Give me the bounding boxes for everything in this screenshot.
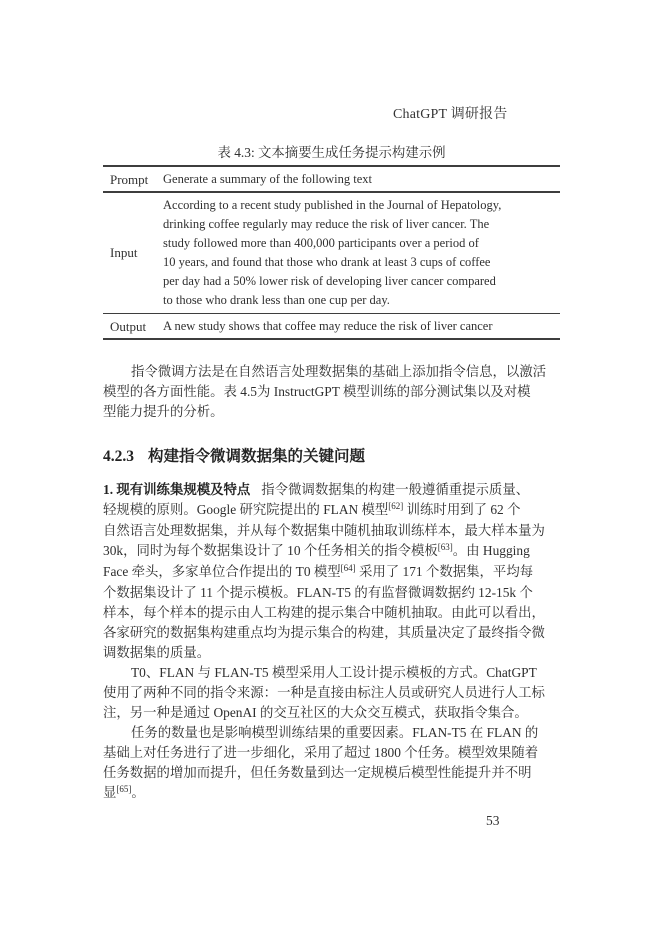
table-text-line: study followed more than 400,000 partici… xyxy=(163,234,560,253)
paragraph-prompt-sources: T0、FLAN 与 FLAN-T5 模型采用人工设计提示模板的方式。ChatGP… xyxy=(103,663,560,723)
table-text-line: drinking coffee regularly may reduce the… xyxy=(163,215,560,234)
list-item-lead: 1. 现有训练集规模及特点 xyxy=(103,482,250,497)
page-content: 表 4.3: 文本摘要生成任务提示构建示例 Prompt Generate a … xyxy=(103,143,560,804)
body-text-segment: 30k，同时为每个数据集设计了 10 个任务相关的指令模板 xyxy=(103,543,438,558)
body-line: 使用了两种不同的指令来源：一种是直接由标注人员或研究人员进行人工标 xyxy=(103,683,560,703)
body-text-segment: 指令微调数据集的构建一般遵循重提示质量、 xyxy=(261,482,529,497)
body-text-segment: 轻规模的原则。Google 研究院提出的 FLAN 模型 xyxy=(103,502,388,517)
table-text-line: 10 years, and found that those who drank… xyxy=(163,253,560,272)
body-line: 轻规模的原则。Google 研究院提出的 FLAN 模型[62] 训练时用到了 … xyxy=(103,500,560,521)
body-line: 显[65]。 xyxy=(103,783,560,804)
body-text-segment: Face 牵头，多家单位合作提出的 T0 模型 xyxy=(103,564,341,579)
table-caption: 表 4.3: 文本摘要生成任务提示构建示例 xyxy=(103,143,560,165)
body-line: 型能力提升的分析。 xyxy=(103,402,560,422)
paragraph-intro: 指令微调方法是在自然语言处理数据集的基础上添加指令信息，以激活 模型的各方面性能… xyxy=(103,362,560,422)
table-text-line: According to a recent study published in… xyxy=(163,196,560,215)
row-content-output: A new study shows that coffee may reduce… xyxy=(163,317,560,336)
section-heading: 4.2.3构建指令微调数据集的关键问题 xyxy=(103,446,560,468)
body-line: 各家研究的数据集构建重点均为提示集合的构建，其质量决定了最终指令微 xyxy=(103,623,560,643)
body-line: 任务的数量也是影响模型训练结果的重要因素。FLAN-T5 在 FLAN 的 xyxy=(103,723,560,743)
section-number: 4.2.3 xyxy=(103,448,134,465)
document-page: ChatGPT 调研报告 表 4.3: 文本摘要生成任务提示构建示例 Promp… xyxy=(0,0,660,934)
section-title: 构建指令微调数据集的关键问题 xyxy=(148,448,365,465)
table-text-line: to those who drank less than one cup per… xyxy=(163,291,560,310)
body-line: 注，另一种是通过 OpenAI 的交互社区的大众交互模式，获取指令集合。 xyxy=(103,703,560,723)
body-line: 自然语言处理数据集，并从每个数据集中随机抽取训练样本，最大样本量为 xyxy=(103,521,560,541)
paragraph-task-count: 任务的数量也是影响模型训练结果的重要因素。FLAN-T5 在 FLAN 的 基础… xyxy=(103,723,560,804)
body-text-segment: 。由 Hugging xyxy=(453,543,530,558)
body-line: 样本，每个样本的提示由人工构建的提示集合中随机抽取。由此可以看出， xyxy=(103,603,560,623)
body-text-segment: 采用了 171 个数据集，平均每 xyxy=(356,564,533,579)
paragraph-training-sets: 1. 现有训练集规模及特点指令微调数据集的构建一般遵循重提示质量、 轻规模的原则… xyxy=(103,480,560,663)
body-line: Face 牵头，多家单位合作提出的 T0 模型[64] 采用了 171 个数据集… xyxy=(103,562,560,583)
body-line: 任务数据的增加而提升，但任务数量到达一定规模后模型性能提升并不明 xyxy=(103,763,560,783)
body-line: 调数据集的质量。 xyxy=(103,643,560,663)
table-text-line: per day had a 50% lower risk of developi… xyxy=(163,272,560,291)
table-bottom-rule xyxy=(103,338,560,340)
citation-ref: [64] xyxy=(341,563,356,573)
citation-ref: [62] xyxy=(388,501,403,511)
body-line: T0、FLAN 与 FLAN-T5 模型采用人工设计提示模板的方式。ChatGP… xyxy=(103,663,560,683)
body-text-segment: 。 xyxy=(131,785,144,800)
table-row-prompt: Prompt Generate a summary of the followi… xyxy=(103,167,560,191)
body-text-segment: 显 xyxy=(103,785,116,800)
row-label-output: Output xyxy=(103,317,163,336)
body-line: 30k，同时为每个数据集设计了 10 个任务相关的指令模板[63]。由 Hugg… xyxy=(103,541,560,562)
body-text-segment: 训练时用到了 62 个 xyxy=(403,502,520,517)
body-line: 基础上对任务进行了进一步细化，采用了超过 1800 个任务。模型效果随着 xyxy=(103,743,560,763)
table-row-output: Output A new study shows that coffee may… xyxy=(103,314,560,338)
row-label-input: Input xyxy=(103,243,163,262)
table-row-input: Input According to a recent study publis… xyxy=(103,193,560,313)
row-label-prompt: Prompt xyxy=(103,170,163,189)
citation-ref: [65] xyxy=(116,784,131,794)
body-line: 1. 现有训练集规模及特点指令微调数据集的构建一般遵循重提示质量、 xyxy=(103,480,560,500)
row-content-prompt: Generate a summary of the following text xyxy=(163,170,560,189)
body-line: 指令微调方法是在自然语言处理数据集的基础上添加指令信息，以激活 xyxy=(103,362,560,382)
row-content-input: According to a recent study published in… xyxy=(163,196,560,310)
body-line: 个数据集设计了 11 个提示模板。FLAN-T5 的有监督微调数据约 12-15… xyxy=(103,583,560,603)
body-line: 模型的各方面性能。表 4.5为 InstructGPT 模型训练的部分测试集以及… xyxy=(103,382,560,402)
page-number: 53 xyxy=(486,813,500,829)
table-text-line: Generate a summary of the following text xyxy=(163,170,560,189)
table-text-line: A new study shows that coffee may reduce… xyxy=(163,317,560,336)
running-header: ChatGPT 调研报告 xyxy=(393,103,508,123)
citation-ref: [63] xyxy=(438,542,453,552)
